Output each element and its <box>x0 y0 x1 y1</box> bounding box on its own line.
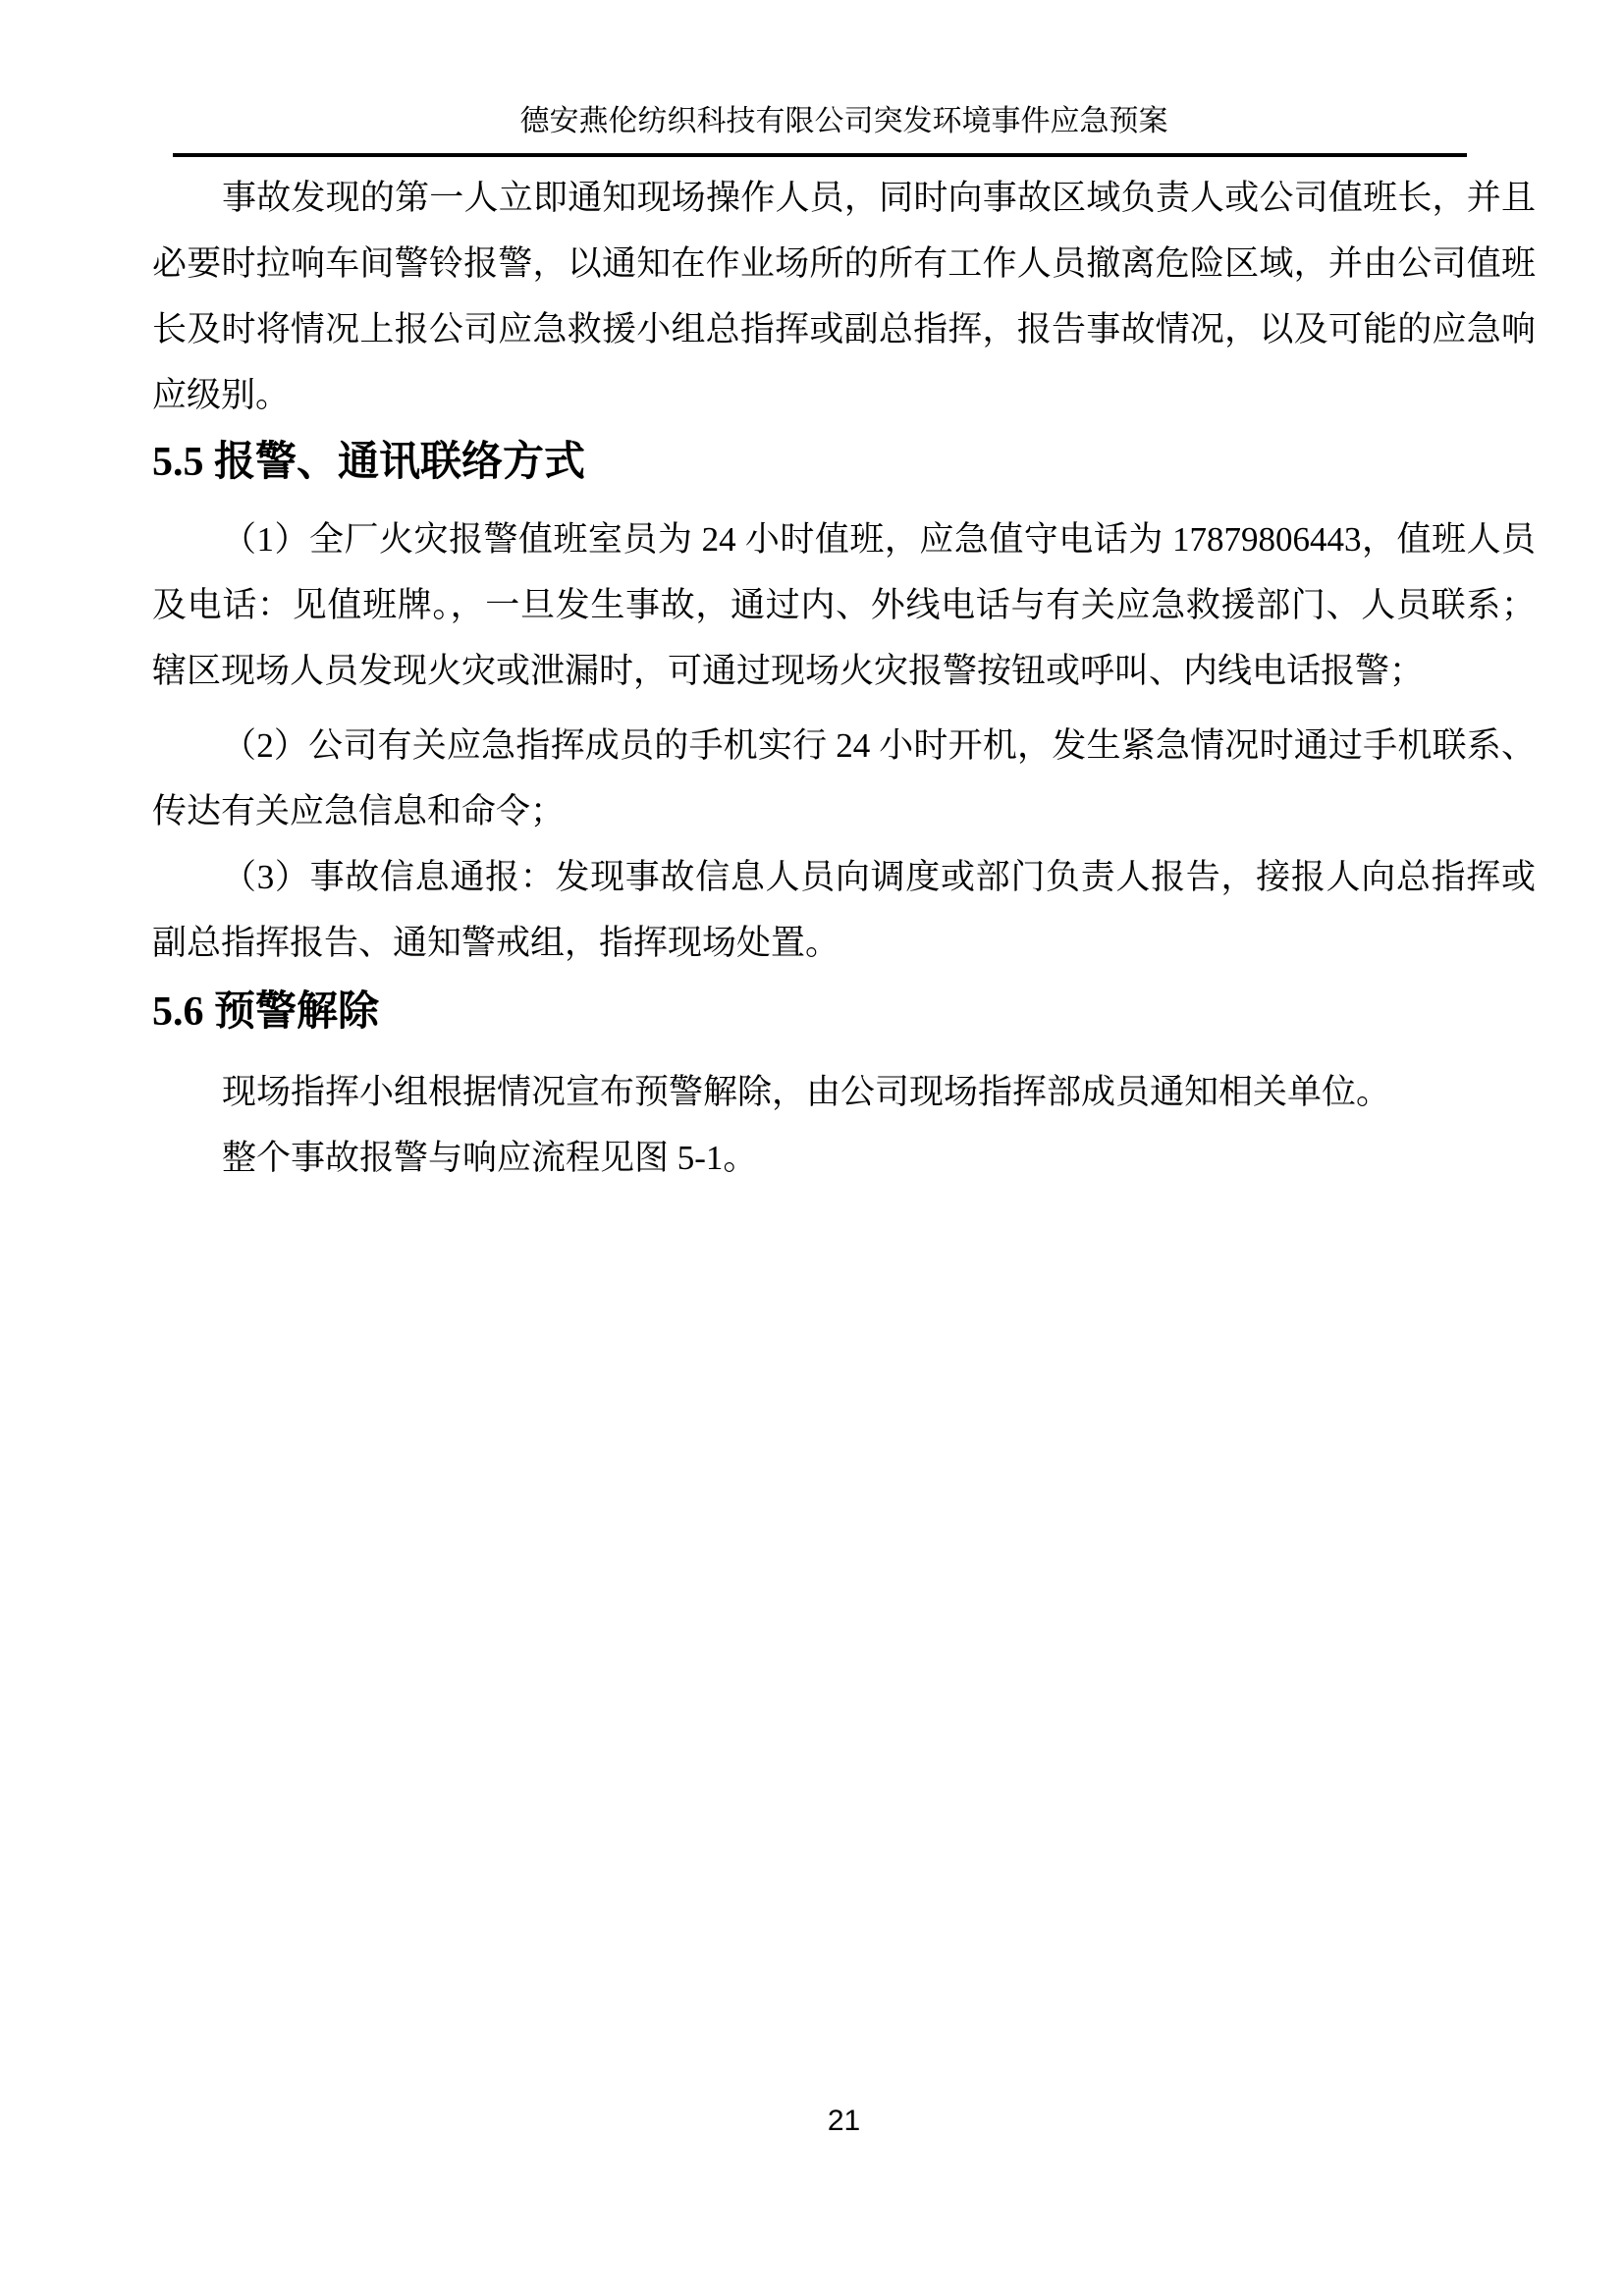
section-5-5-item-3: （3）事故信息通报：发现事故信息人员向调度或部门负责人报告，接报人向总指挥或副总… <box>152 844 1536 976</box>
document-page: 德安燕伦纺织科技有限公司突发环境事件应急预案 事故发现的第一人立即通知现场操作人… <box>0 0 1624 2296</box>
text-line: 应级别。 <box>152 362 1536 428</box>
text-line: 长及时将情况上报公司应急救援小组总指挥或副总指挥，报告事故情况，以及可能的应急响 <box>152 296 1536 362</box>
intro-paragraph: 事故发现的第一人立即通知现场操作人员，同时向事故区域负责人或公司值班长，并且必要… <box>152 165 1536 428</box>
header-title: 德安燕伦纺织科技有限公司突发环境事件应急预案 <box>152 0 1536 141</box>
section-5-6-para-2: 整个事故报警与响应流程见图 5-1。 <box>152 1125 1536 1191</box>
section-5-5-item-2: （2）公司有关应急指挥成员的手机实行 24 小时开机，发生紧急情况时通过手机联系… <box>152 713 1536 844</box>
page-footer: 21 <box>152 2105 1536 2138</box>
text-line: 整个事故报警与响应流程见图 5-1。 <box>152 1125 1536 1191</box>
text-line: 及电话：见值班牌。，一旦发生事故，通过内、外线电话与有关应急救援部门、人员联系； <box>152 572 1536 638</box>
section-5-6-para-1: 现场指挥小组根据情况宣布预警解除，由公司现场指挥部成员通知相关单位。 <box>152 1059 1536 1125</box>
page-header: 德安燕伦纺织科技有限公司突发环境事件应急预案 <box>0 0 1624 157</box>
text-line: 现场指挥小组根据情况宣布预警解除，由公司现场指挥部成员通知相关单位。 <box>152 1059 1536 1125</box>
text-line: （3）事故信息通报：发现事故信息人员向调度或部门负责人报告，接报人向总指挥或 <box>152 844 1536 910</box>
header-rule <box>173 153 1467 157</box>
text-line: 事故发现的第一人立即通知现场操作人员，同时向事故区域负责人或公司值班长，并且 <box>152 165 1536 231</box>
document-content: 事故发现的第一人立即通知现场操作人员，同时向事故区域负责人或公司值班长，并且必要… <box>152 165 1536 1191</box>
text-line: （2）公司有关应急指挥成员的手机实行 24 小时开机，发生紧急情况时通过手机联系… <box>152 713 1536 778</box>
section-5-6-heading: 5.6 预警解除 <box>152 985 1536 1040</box>
text-line: 传达有关应急信息和命令； <box>152 778 1536 844</box>
text-line: 必要时拉响车间警铃报警，以通知在作业场所的所有工作人员撤离危险区域，并由公司值班 <box>152 231 1536 296</box>
text-line: 副总指挥报告、通知警戒组，指挥现场处置。 <box>152 910 1536 976</box>
text-line: 辖区现场人员发现火灾或泄漏时，可通过现场火灾报警按钮或呼叫、内线电话报警； <box>152 638 1536 704</box>
page-number: 21 <box>828 2105 860 2137</box>
text-line: （1）全厂火灾报警值班室员为 24 小时值班，应急值守电话为 178798064… <box>152 507 1536 572</box>
section-5-5-heading: 5.5 报警、通讯联络方式 <box>152 435 1536 490</box>
section-5-5-item-1: （1）全厂火灾报警值班室员为 24 小时值班，应急值守电话为 178798064… <box>152 507 1536 704</box>
